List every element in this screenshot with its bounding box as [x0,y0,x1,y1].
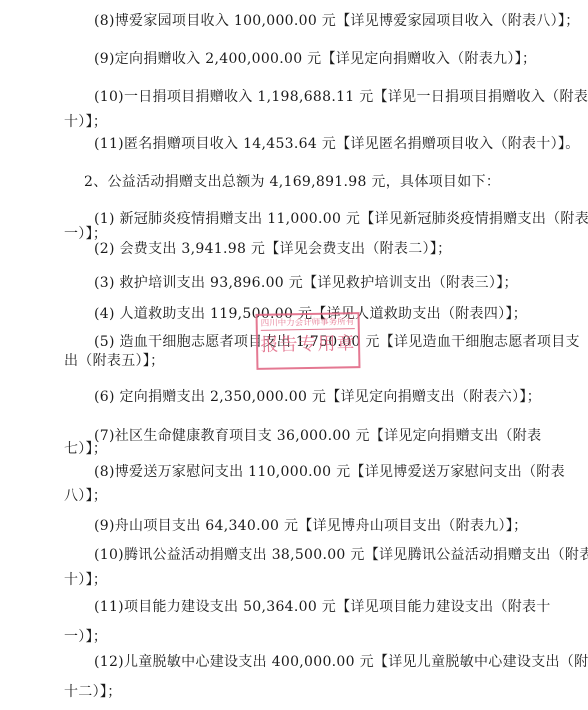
income-item-10-cont: 十）】； [64,113,107,131]
expense-item-8-cont: 八）】； [64,487,107,505]
expense-item-2: (2) 会费支出 3,941.98 元【详见会费支出（附表二）】； [94,240,451,258]
income-item-11: (11)匿名捐赠项目收入 14,453.64 元【详见匿名捐赠项目收入（附表十）… [94,135,580,153]
expense-item-11-cont: 一）】； [64,628,107,646]
expense-item-10: (10)腾讯公益活动捐赠支出 38,500.00 元【详见腾讯公益活动捐赠支出（… [94,546,588,564]
stamp-label: 报告专用章 [258,329,359,361]
expense-item-7-cont: 七）】； [64,440,107,458]
income-item-8: (8)博爱家园项目收入 100,000.00 元【详见博爱家园项目收入（附表八）… [94,12,580,30]
expense-item-5-cont: 出（附表五）】； [64,352,164,370]
expense-item-1: (1) 新冠肺炎疫情捐赠支出 11,000.00 元【详见新冠肺炎疫情捐赠支出（… [94,210,588,228]
income-item-9: (9)定向捐赠收入 2,400,000.00 元【详见定向捐赠收入（附表九）】； [94,50,536,68]
expense-item-12-cont: 十二）】； [64,683,122,701]
expense-item-12: (12)儿童脱敏中心建设支出 400,000.00 元【详见儿童脱敏中心建设支出… [94,653,588,671]
expense-item-6: (6) 定向捐赠支出 2,350,000.00 元【详见定向捐赠支出（附表六）】… [94,388,541,406]
expense-item-3: (3) 救护培训支出 93,896.00 元【详见救护培训支出（附表三）】； [94,274,518,292]
expense-item-7: (7)社区生命健康教育项目支 36,000.00 元【详见定向捐赠支出（附表 [94,427,541,445]
expense-item-8: (8)博爱送万家慰问支出 110,000.00 元【详见博爱送万家慰问支出（附表 [94,463,565,481]
expense-total-heading: 2、公益活动捐赠支出总额为 4,169,891.98 元，具体项目如下： [84,173,500,191]
income-item-10: (10)一日捐项目捐赠收入 1,198,688.11 元【详见一日捐项目捐赠收入… [94,88,588,106]
expense-item-9: (9)舟山项目支出 64,340.00 元【详见博舟山项目支出（附表九）】； [94,517,527,535]
expense-item-11: (11)项目能力建设支出 50,364.00 元【详见项目能力建设支出（附表十 [94,598,551,616]
report-seal-stamp: 四川中力会计师事务所有限公司 报告专用章 [256,312,361,370]
expense-item-10-cont: 十）】； [64,571,107,589]
